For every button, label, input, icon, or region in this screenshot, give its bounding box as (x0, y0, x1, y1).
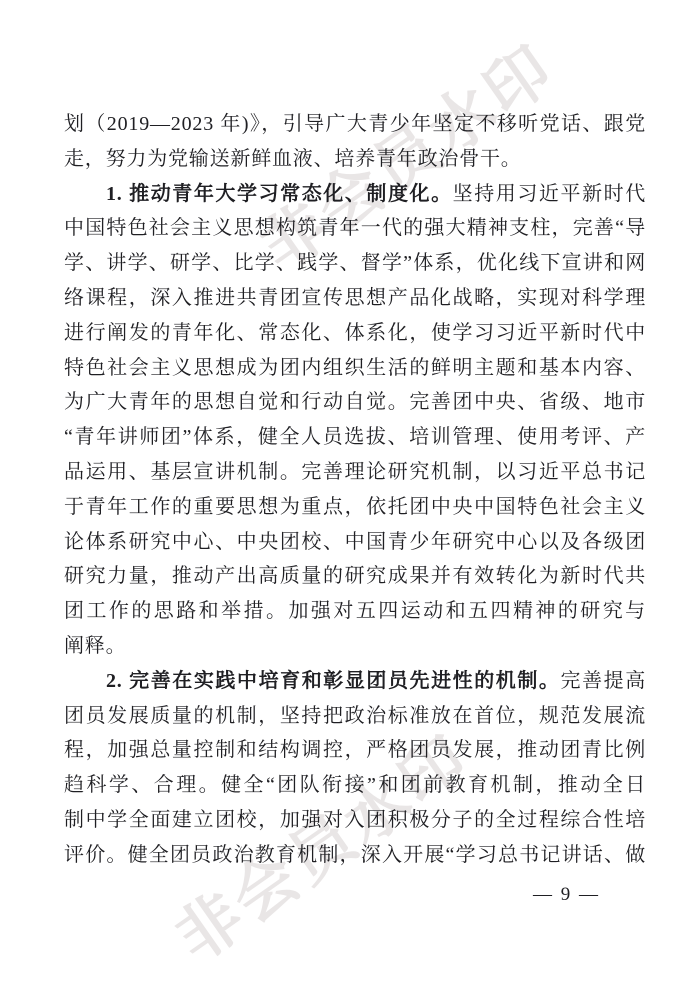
text-line: 进行阐发的青年化、常态化、体系化，使学习习近平新时代中国 (64, 316, 646, 351)
text-run: 完善提高 (561, 670, 647, 692)
text-line: 团工作的思路和举措。加强对五四运动和五四精神的研究与 (64, 594, 646, 629)
text-run: 团员发展质量的机制，坚持把政治标准放在首位，规范发展流 (64, 705, 646, 727)
text-line: 品运用、基层宣讲机制。完善理论研究机制，以习近平总书记关 (64, 455, 646, 490)
text-line: 为广大青年的思想自觉和行动自觉。完善团中央、省级、地市级 (64, 385, 646, 420)
text-run: “青年讲师团”体系，健全人员选拔、培训管理、使用考评、产 (64, 426, 646, 448)
text-run: 学、讲学、研学、比学、践学、督学”体系，优化线下宣讲和网 (64, 252, 646, 274)
text-run: 阐释。 (64, 635, 126, 657)
text-line: 络课程，深入推进共青团宣传思想产品化战略，实现对科学理论 (64, 281, 646, 316)
text-line: 论体系研究中心、中央团校、中国青少年研究中心以及各级团属 (64, 525, 646, 560)
document-body: 划（2019—2023 年)》，引导广大青少年坚定不移听党话、跟党走，努力为党输… (64, 107, 646, 873)
text-line: 程，加强总量控制和结构调控，严格团员发展，推动团青比例更 (64, 733, 646, 768)
text-run: 进行阐发的青年化、常态化、体系化，使学习习近平新时代中国 (64, 322, 646, 351)
text-run: 研究力量，推动产出高质量的研究成果并有效转化为新时代共青 (64, 565, 646, 594)
text-run: 走，努力为党输送新鲜血液、培养青年政治骨干。 (64, 148, 522, 170)
text-run: 制中学全面建立团校，加强对入团积极分子的全过程综合性培养 (64, 809, 646, 838)
text-line: 1. 推动青年大学习常态化、制度化。坚持用习近平新时代 (64, 177, 646, 212)
text-run: 品运用、基层宣讲机制。完善理论研究机制，以习近平总书记关 (64, 461, 646, 490)
text-line: 制中学全面建立团校，加强对入团积极分子的全过程综合性培养 (64, 803, 646, 838)
text-line: 趋科学、合理。健全“团队衔接”和团前教育机制，推动全日 (64, 768, 646, 803)
text-run: 团工作的思路和举措。加强对五四运动和五四精神的研究与 (64, 600, 646, 622)
bold-run: 1. 推动青年大学习常态化、制度化。 (106, 183, 453, 205)
text-line: 走，努力为党输送新鲜血液、培养青年政治骨干。 (64, 142, 646, 177)
text-line: 于青年工作的重要思想为重点，依托团中央中国特色社会主义理 (64, 490, 646, 525)
page-number: — 9 — (533, 884, 600, 906)
text-run: 论体系研究中心、中央团校、中国青少年研究中心以及各级团属 (64, 531, 646, 560)
text-line: “青年讲师团”体系，健全人员选拔、培训管理、使用考评、产 (64, 420, 646, 455)
text-run: 络课程，深入推进共青团宣传思想产品化战略，实现对科学理论 (64, 287, 646, 316)
text-run: 评价。健全团员政治教育机制，深入开展“学习总书记讲话、做 (64, 844, 646, 866)
text-line: 学、讲学、研学、比学、践学、督学”体系，优化线下宣讲和网 (64, 246, 646, 281)
text-line: 团员发展质量的机制，坚持把政治标准放在首位，规范发展流 (64, 699, 646, 734)
text-run: 坚持用习近平新时代 (453, 183, 646, 205)
text-run: 划（2019—2023 年)》，引导广大青少年坚定不移听党话、跟党 (64, 113, 646, 135)
text-line: 划（2019—2023 年)》，引导广大青少年坚定不移听党话、跟党 (64, 107, 646, 142)
text-line: 评价。健全团员政治教育机制，深入开展“学习总书记讲话、做 (64, 838, 646, 873)
text-run: 于青年工作的重要思想为重点，依托团中央中国特色社会主义理 (64, 496, 646, 525)
text-line: 特色社会主义思想成为团内组织生活的鲜明主题和基本内容、成 (64, 351, 646, 386)
text-run: 程，加强总量控制和结构调控，严格团员发展，推动团青比例更 (64, 739, 646, 768)
text-run: 特色社会主义思想成为团内组织生活的鲜明主题和基本内容、成 (64, 357, 646, 386)
text-run: 趋科学、合理。健全“团队衔接”和团前教育机制，推动全日 (64, 774, 646, 796)
text-line: 阐释。 (64, 629, 646, 664)
bold-run: 2. 完善在实践中培育和彰显团员先进性的机制。 (106, 670, 561, 692)
text-line: 中国特色社会主义思想构筑青年一代的强大精神支柱，完善“导 (64, 211, 646, 246)
text-run: 中国特色社会主义思想构筑青年一代的强大精神支柱，完善“导 (64, 217, 646, 239)
text-run: 为广大青年的思想自觉和行动自觉。完善团中央、省级、地市级 (64, 391, 646, 420)
text-line: 研究力量，推动产出高质量的研究成果并有效转化为新时代共青 (64, 559, 646, 594)
text-line: 2. 完善在实践中培育和彰显团员先进性的机制。完善提高 (64, 664, 646, 699)
document-page: 非会员水印 非会员水印 划（2019—2023 年)》，引导广大青少年坚定不移听… (0, 0, 700, 990)
